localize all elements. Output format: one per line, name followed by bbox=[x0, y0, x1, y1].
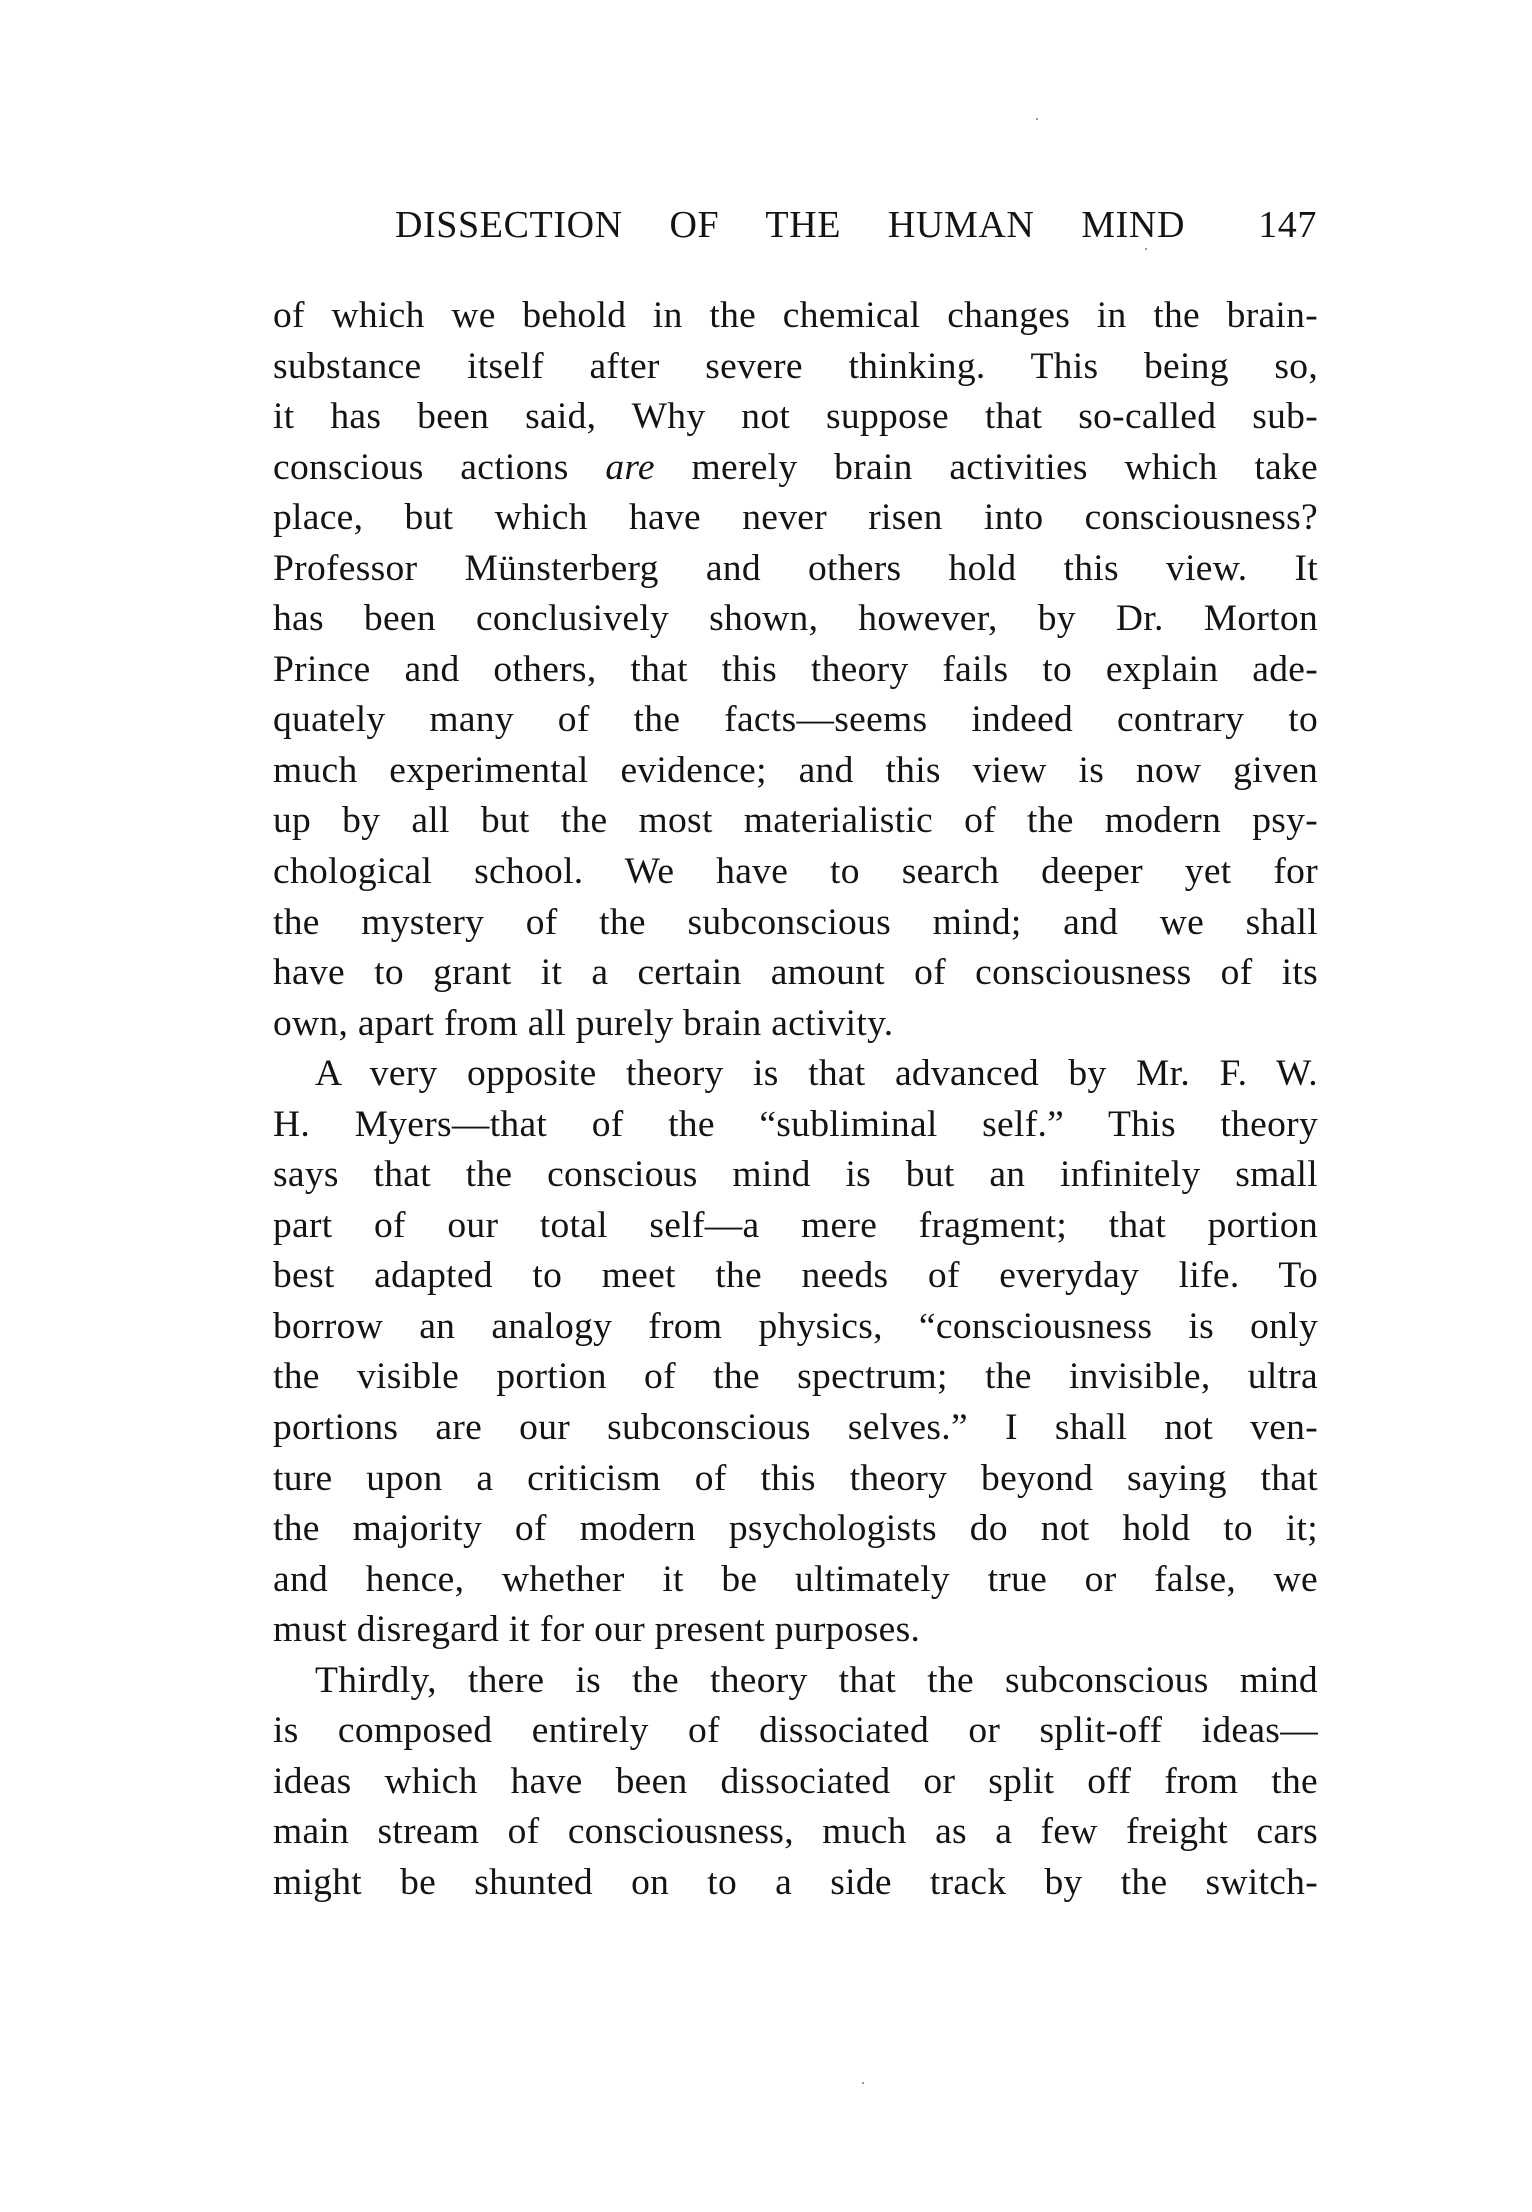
text-segment: Professor Münsterberg and others hold th… bbox=[273, 548, 1318, 589]
scan-speck bbox=[1036, 118, 1038, 120]
text-segment: is composed entirely of dissociated or s… bbox=[273, 1710, 1318, 1751]
text-segment: merely brain activities which take bbox=[655, 447, 1318, 488]
text-segment: borrow an analogy from physics, “conscio… bbox=[273, 1306, 1318, 1347]
text-line: portions are our subconscious selves.” I… bbox=[273, 1403, 1318, 1454]
text-segment: the visible portion of the spectrum; the… bbox=[273, 1356, 1318, 1397]
text-line: have to grant it a certain amount of con… bbox=[273, 948, 1318, 999]
text-line: the majority of modern psychologists do … bbox=[273, 1504, 1318, 1555]
text-segment: A very opposite theory is that advanced … bbox=[315, 1053, 1318, 1094]
italic-emphasis: are bbox=[605, 447, 655, 488]
text-segment: must disregard it for our present purpos… bbox=[273, 1609, 920, 1650]
running-head-title: DISSECTION OF THE HUMAN MIND bbox=[395, 203, 1185, 247]
text-line: might be shunted on to a side track by t… bbox=[273, 1858, 1318, 1909]
paragraph: A very opposite theory is that advanced … bbox=[273, 1049, 1318, 1656]
scan-speck bbox=[1145, 248, 1147, 250]
text-segment: the majority of modern psychologists do … bbox=[273, 1508, 1318, 1549]
text-segment: main stream of consciousness, much as a … bbox=[273, 1811, 1318, 1852]
text-line: the visible portion of the spectrum; the… bbox=[273, 1352, 1318, 1403]
text-line: conscious actions are merely brain activ… bbox=[273, 443, 1318, 494]
text-segment: has been conclusively shown, however, by… bbox=[273, 598, 1318, 639]
running-head: DISSECTION OF THE HUMAN MIND 147 bbox=[395, 203, 1317, 247]
text-segment: it has been said, Why not suppose that s… bbox=[273, 396, 1318, 437]
text-line: of which we behold in the chemical chang… bbox=[273, 291, 1318, 342]
text-line: has been conclusively shown, however, by… bbox=[273, 594, 1318, 645]
text-segment: chological school. We have to search dee… bbox=[273, 851, 1318, 892]
text-segment: place, but which have never risen into c… bbox=[273, 497, 1318, 538]
text-line: chological school. We have to search dee… bbox=[273, 847, 1318, 898]
text-segment: have to grant it a certain amount of con… bbox=[273, 952, 1318, 993]
text-segment: H. Myers—that of the “subliminal self.” … bbox=[273, 1104, 1318, 1145]
text-segment: the mystery of the subconscious mind; an… bbox=[273, 902, 1318, 943]
text-line: part of our total self—a mere fragment; … bbox=[273, 1201, 1318, 1252]
text-line: Thirdly, there is the theory that the su… bbox=[273, 1656, 1318, 1707]
text-line: main stream of consciousness, much as a … bbox=[273, 1807, 1318, 1858]
text-line: best adapted to meet the needs of everyd… bbox=[273, 1251, 1318, 1302]
text-segment: own, apart from all purely brain activit… bbox=[273, 1003, 893, 1044]
text-line: ideas which have been dissociated or spl… bbox=[273, 1757, 1318, 1808]
paragraph: Thirdly, there is the theory that the su… bbox=[273, 1656, 1318, 1909]
text-line: and hence, whether it be ultimately true… bbox=[273, 1555, 1318, 1606]
text-segment: up by all but the most materialistic of … bbox=[273, 800, 1318, 841]
text-line: place, but which have never risen into c… bbox=[273, 493, 1318, 544]
text-segment: and hence, whether it be ultimately true… bbox=[273, 1559, 1318, 1600]
text-line: says that the conscious mind is but an i… bbox=[273, 1150, 1318, 1201]
text-line: H. Myers—that of the “subliminal self.” … bbox=[273, 1100, 1318, 1151]
text-segment: substance itself after severe thinking. … bbox=[273, 346, 1318, 387]
text-segment: much experimental evidence; and this vie… bbox=[273, 750, 1318, 791]
body-text: of which we behold in the chemical chang… bbox=[273, 291, 1318, 1909]
text-segment: quately many of the facts—seems indeed c… bbox=[273, 699, 1318, 740]
paragraph: of which we behold in the chemical chang… bbox=[273, 291, 1318, 1049]
text-segment: of which we behold in the chemical chang… bbox=[273, 295, 1318, 336]
text-line: is composed entirely of dissociated or s… bbox=[273, 1706, 1318, 1757]
text-segment: ture upon a criticism of this theory bey… bbox=[273, 1458, 1318, 1499]
text-line: the mystery of the subconscious mind; an… bbox=[273, 898, 1318, 949]
text-line: Prince and others, that this theory fail… bbox=[273, 645, 1318, 696]
text-line: much experimental evidence; and this vie… bbox=[273, 746, 1318, 797]
scan-speck bbox=[862, 2082, 864, 2084]
text-segment: conscious actions bbox=[273, 447, 605, 488]
text-line: A very opposite theory is that advanced … bbox=[273, 1049, 1318, 1100]
text-line: must disregard it for our present purpos… bbox=[273, 1605, 1318, 1656]
text-segment: might be shunted on to a side track by t… bbox=[273, 1862, 1318, 1903]
book-page: DISSECTION OF THE HUMAN MIND 147 of whic… bbox=[0, 0, 1532, 2212]
text-line: Professor Münsterberg and others hold th… bbox=[273, 544, 1318, 595]
text-segment: best adapted to meet the needs of everyd… bbox=[273, 1255, 1318, 1296]
text-line: it has been said, Why not suppose that s… bbox=[273, 392, 1318, 443]
page-number: 147 bbox=[1241, 203, 1317, 247]
text-line: own, apart from all purely brain activit… bbox=[273, 999, 1318, 1050]
text-segment: ideas which have been dissociated or spl… bbox=[273, 1761, 1318, 1802]
text-line: borrow an analogy from physics, “conscio… bbox=[273, 1302, 1318, 1353]
text-segment: Prince and others, that this theory fail… bbox=[273, 649, 1318, 690]
text-line: quately many of the facts—seems indeed c… bbox=[273, 695, 1318, 746]
text-segment: portions are our subconscious selves.” I… bbox=[273, 1407, 1318, 1448]
text-segment: Thirdly, there is the theory that the su… bbox=[315, 1660, 1318, 1701]
text-line: ture upon a criticism of this theory bey… bbox=[273, 1454, 1318, 1505]
text-segment: part of our total self—a mere fragment; … bbox=[273, 1205, 1318, 1246]
text-line: up by all but the most materialistic of … bbox=[273, 796, 1318, 847]
text-line: substance itself after severe thinking. … bbox=[273, 342, 1318, 393]
text-segment: says that the conscious mind is but an i… bbox=[273, 1154, 1318, 1195]
